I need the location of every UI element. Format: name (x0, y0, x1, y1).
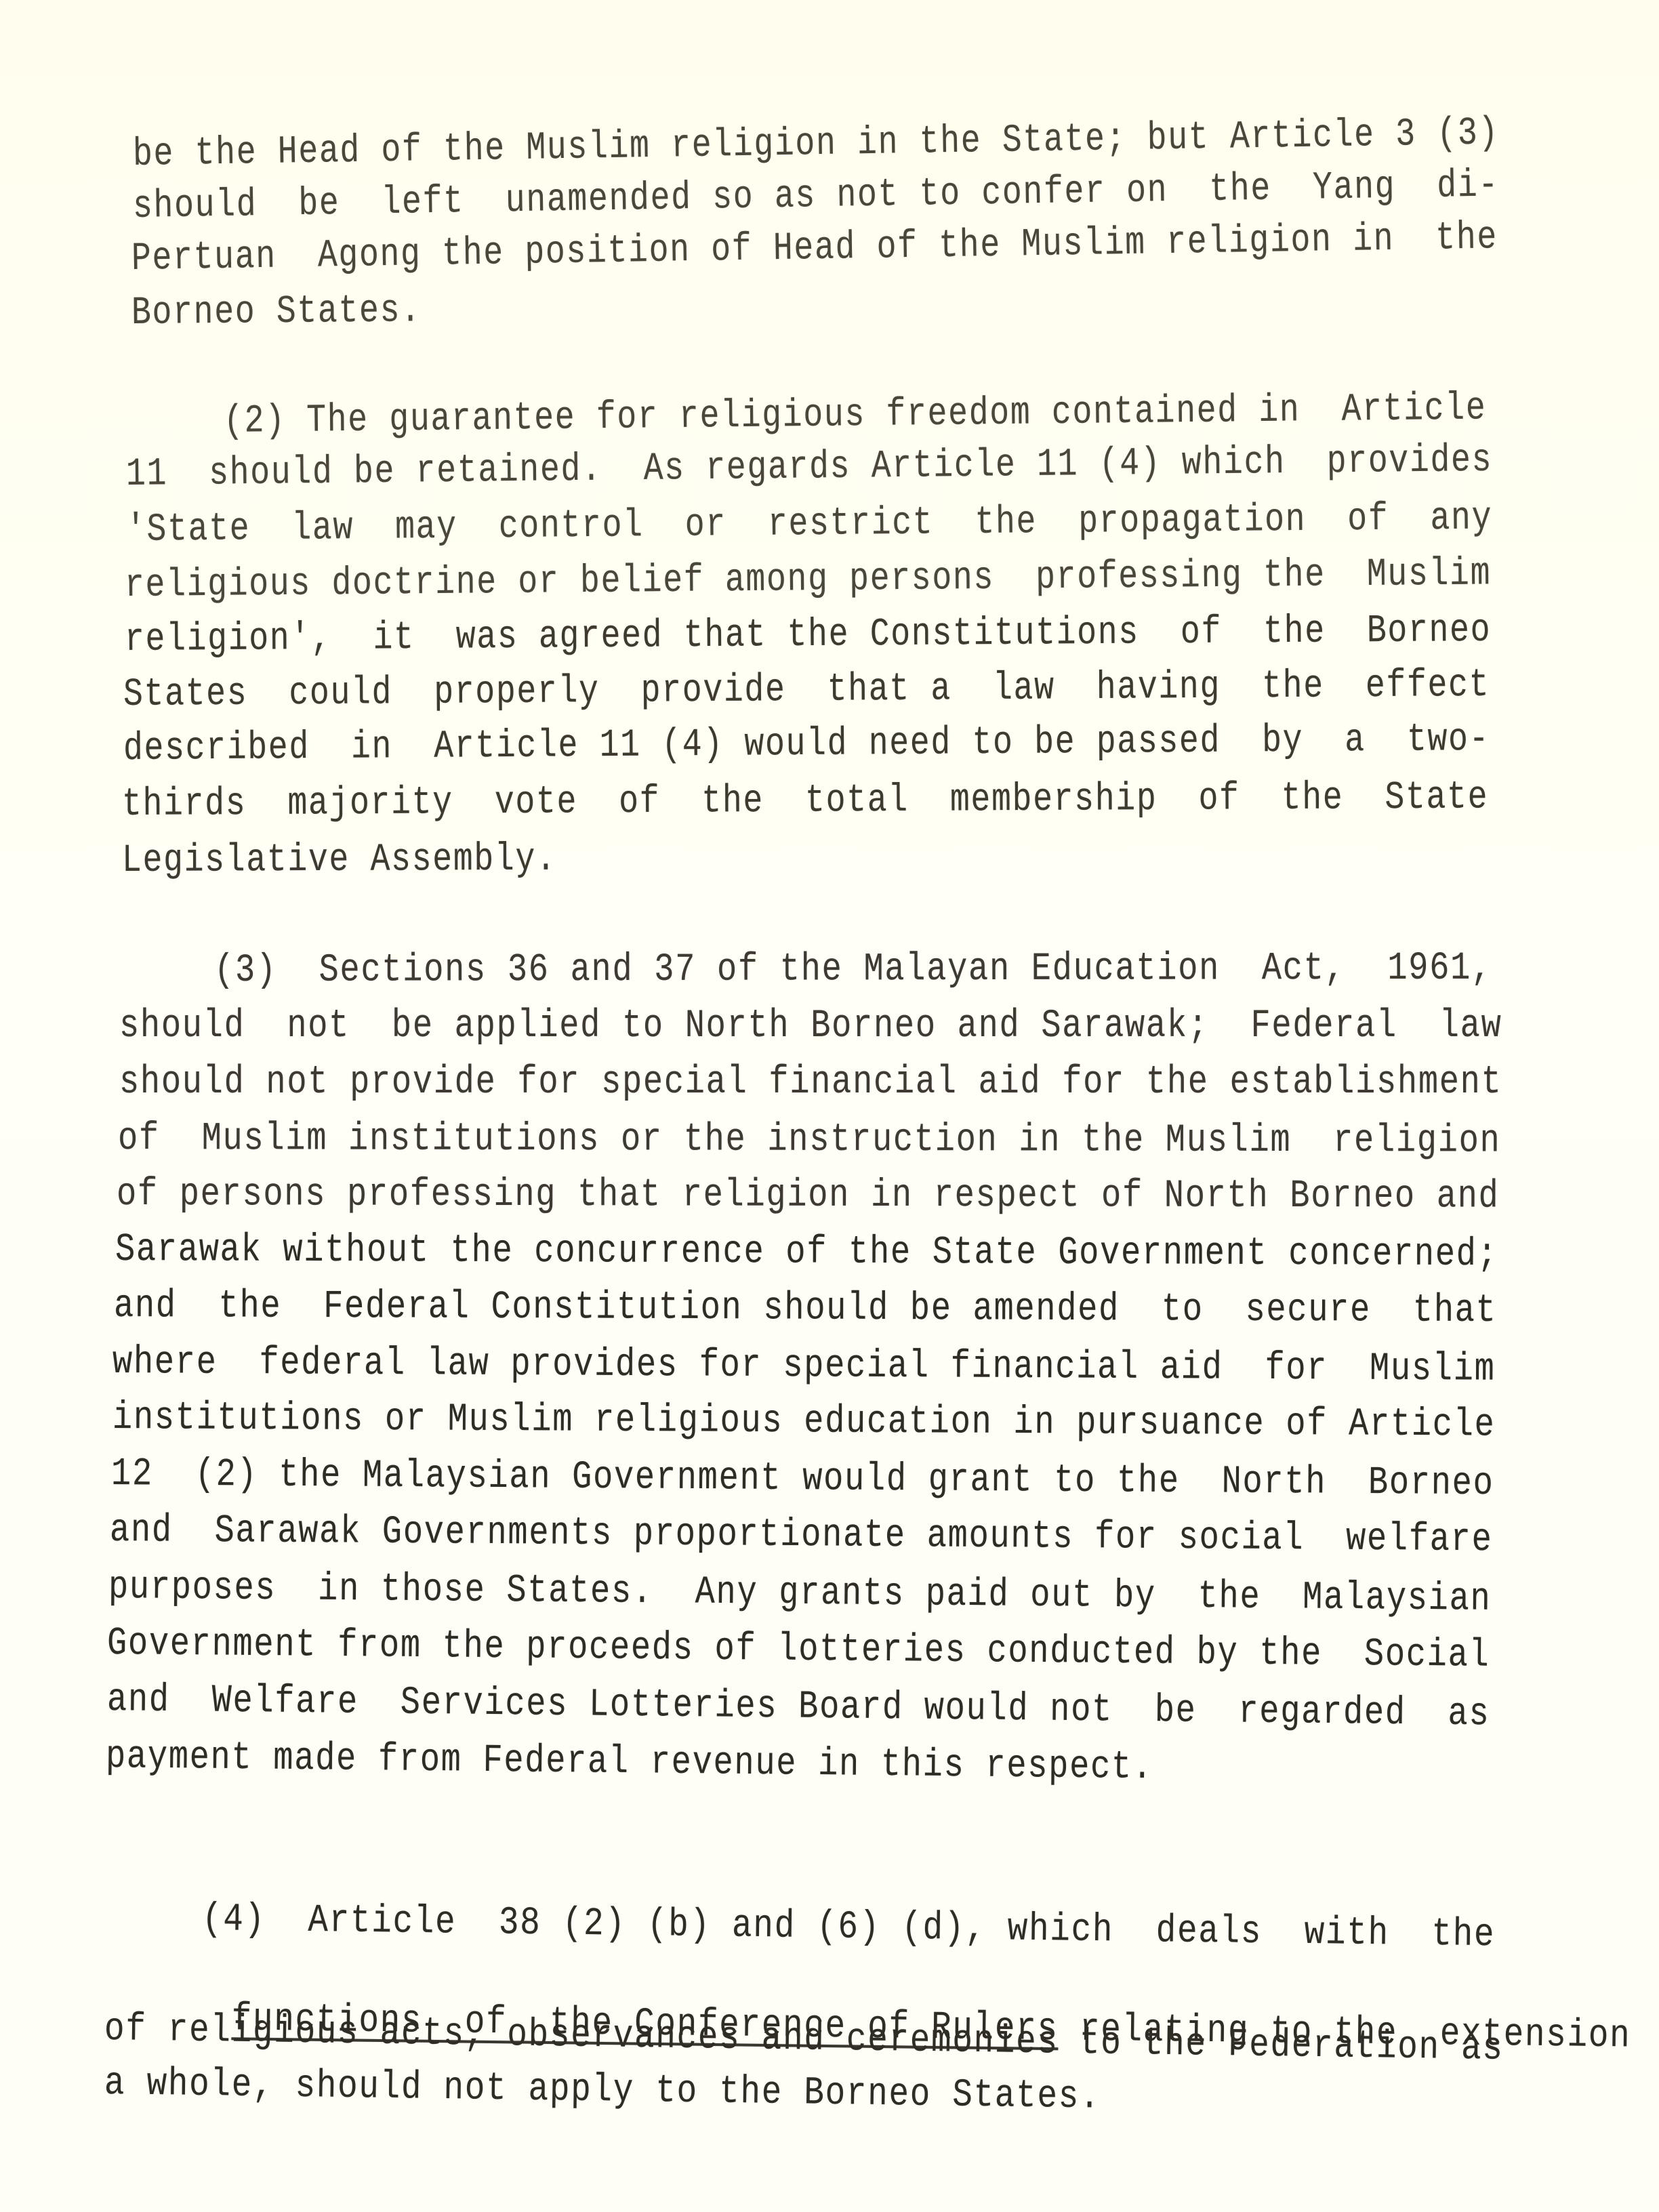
text-line: where federal law provides for special f… (112, 1340, 1496, 1392)
text-line: (4) Article 38 (2) (b) and (6) (d), whic… (202, 1898, 1496, 1957)
text-line: thirds majority vote of the total member… (122, 775, 1489, 827)
text-line: and Sarawak Governments proportionate am… (110, 1509, 1493, 1562)
text-line: 11 should be retained. As regards Articl… (126, 438, 1493, 497)
text-line: payment made from Federal revenue in thi… (106, 1735, 1153, 1790)
text-line: of persons professing that religion in r… (117, 1172, 1500, 1219)
text-line: 12 (2) the Malaysian Government would gr… (111, 1452, 1494, 1506)
text-line: of Muslim institutions or the instructio… (118, 1117, 1501, 1164)
text-line: and the Federal Constitution should be a… (114, 1284, 1497, 1333)
document-page: be the Head of the Muslim religion in th… (0, 0, 1659, 2212)
text-line: should not be applied to North Borneo an… (119, 1004, 1502, 1048)
text-line: (2) The guarantee for religious freedom … (224, 386, 1487, 444)
text-line: (3) Sections 36 and 37 of the Malayan Ed… (214, 947, 1492, 993)
text-line: institutions or Muslim religious educati… (112, 1396, 1496, 1448)
text-line: described in Article 11 (4) would need t… (123, 718, 1490, 771)
text-line: Borneo States. (131, 289, 422, 335)
text-line: States could properly provide that a law… (123, 663, 1490, 717)
text-line: religion', it was agreed that the Consti… (125, 609, 1492, 662)
text-line: should not provide for special financial… (119, 1061, 1502, 1105)
text-line: and Welfare Services Lotteries Board wou… (107, 1678, 1490, 1736)
text-line: purposes in those States. Any grants pai… (108, 1565, 1492, 1622)
text-line: Sarawak without the concurrence of the S… (115, 1228, 1498, 1277)
text-line: Legislative Assembly. (122, 838, 557, 883)
text-line: Government from the proceeds of lotterie… (107, 1622, 1490, 1678)
text-line: 'State law may control or restrict the p… (126, 496, 1493, 552)
text-line: religious doctrine or belief among perso… (125, 552, 1492, 608)
